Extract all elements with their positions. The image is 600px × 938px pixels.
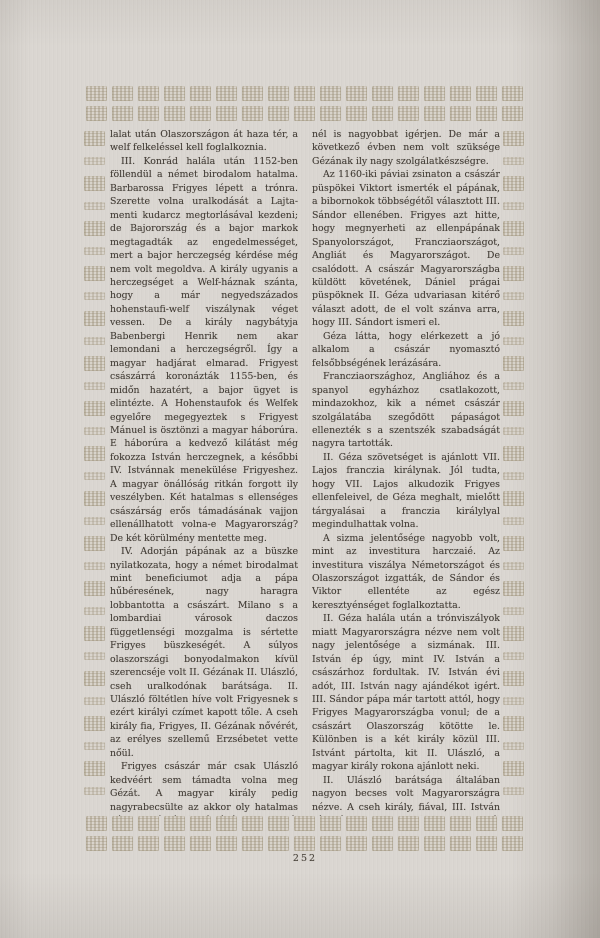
paragraph: II. Ulászló barátsága általában nagyon b… [312,774,500,816]
ornament-border-left [84,131,105,811]
printer-ornament-icon [84,761,105,776]
printer-ornament-icon [346,106,367,121]
printer-ornament-icon [112,816,133,831]
printer-ornament-icon [503,716,524,731]
printer-ornament-icon [242,816,263,831]
printer-ornament-icon [84,221,105,236]
printer-ornament-icon [503,626,524,641]
printer-ornament-icon [164,86,185,101]
printer-ornament-icon [346,816,367,831]
printer-ornament-icon [190,836,211,851]
paragraph: Géza látta, hogy elérkezett a jó alkalom… [312,330,500,370]
printer-ornament-icon [84,472,105,480]
printer-ornament-icon [84,491,105,506]
printer-ornament-icon [138,836,159,851]
printer-ornament-icon [503,652,524,660]
printer-ornament-icon [84,607,105,615]
printer-ornament-icon [450,836,471,851]
printer-ornament-icon [84,517,105,525]
printer-ornament-icon [503,742,524,750]
printer-ornament-icon [503,787,524,795]
printer-ornament-icon [190,86,211,101]
printer-ornament-icon [84,716,105,731]
text-column-left: lalat után Olaszországon át haza tér, a … [110,128,298,816]
printer-ornament-icon [216,86,237,101]
printer-ornament-icon [398,106,419,121]
page-number: 252 [86,853,524,864]
printer-ornament-icon [84,536,105,551]
printer-ornament-icon [372,86,393,101]
printer-ornament-icon [503,382,524,390]
printer-ornament-icon [84,176,105,191]
printer-ornament-icon [503,157,524,165]
printer-ornament-icon [84,311,105,326]
printer-ornament-icon [476,836,497,851]
printer-ornament-icon [112,836,133,851]
printer-ornament-icon [138,106,159,121]
printer-ornament-icon [502,86,523,101]
printer-ornament-icon [216,836,237,851]
printer-ornament-icon [503,562,524,570]
printer-ornament-icon [190,816,211,831]
printer-ornament-icon [503,697,524,705]
printer-ornament-icon [216,106,237,121]
printer-ornament-icon [84,202,105,210]
paragraph: Az 1160-iki páviai zsinaton a császár pü… [312,168,500,329]
printer-ornament-icon [503,337,524,345]
ornament-row [86,836,524,851]
text-column-right: nél is nagyobbat igérjen. De már a követ… [312,128,500,816]
paragraph: lalat után Olaszországon át haza tér, a … [110,128,298,155]
printer-ornament-icon [86,86,107,101]
printer-ornament-icon [268,836,289,851]
printer-ornament-icon [320,86,341,101]
paragraph: nél is nagyobbat igérjen. De már a követ… [312,128,500,168]
printer-ornament-icon [112,86,133,101]
printer-ornament-icon [190,106,211,121]
paragraph: III. Konrád halála után 1152-ben föllend… [110,155,298,545]
printer-ornament-icon [503,266,524,281]
printer-ornament-icon [476,816,497,831]
printer-ornament-icon [503,131,524,146]
paragraph: Francziaországhoz, Angliához és a spanyo… [312,370,500,451]
printer-ornament-icon [503,472,524,480]
printer-ornament-icon [503,176,524,191]
ornament-row [86,106,524,121]
printer-ornament-icon [503,401,524,416]
printer-ornament-icon [84,562,105,570]
printer-ornament-icon [346,86,367,101]
printer-ornament-icon [346,836,367,851]
printer-ornament-icon [320,106,341,121]
printer-ornament-icon [84,697,105,705]
printer-ornament-icon [84,626,105,641]
printer-ornament-icon [503,292,524,300]
printer-ornament-icon [138,816,159,831]
printer-ornament-icon [84,356,105,371]
paragraph: II. Géza szövetséget is ajánlott VII. La… [312,451,500,532]
printer-ornament-icon [503,607,524,615]
printer-ornament-icon [503,536,524,551]
printer-ornament-icon [84,427,105,435]
printer-ornament-icon [86,816,107,831]
printer-ornament-icon [84,131,105,146]
printer-ornament-icon [294,106,315,121]
printer-ornament-icon [372,836,393,851]
paragraph: IV. Adorján pápának az a büszke nyilatko… [110,545,298,760]
printer-ornament-icon [476,106,497,121]
printer-ornament-icon [503,581,524,596]
printer-ornament-icon [84,337,105,345]
printer-ornament-icon [320,816,341,831]
paragraph: II. Géza halála után a trónviszályok mia… [312,612,500,773]
printer-ornament-icon [502,836,523,851]
ornament-row [86,816,524,831]
printer-ornament-icon [502,106,523,121]
printer-ornament-icon [86,836,107,851]
printer-ornament-icon [216,816,237,831]
printer-ornament-icon [164,816,185,831]
printer-ornament-icon [424,836,445,851]
scanned-book-page: lalat után Olaszországon át haza tér, a … [0,0,600,938]
printer-ornament-icon [84,671,105,686]
printer-ornament-icon [450,816,471,831]
ornament-border-top [86,86,524,121]
printer-ornament-icon [502,816,523,831]
printer-ornament-icon [398,86,419,101]
printer-ornament-icon [164,836,185,851]
printer-ornament-icon [503,671,524,686]
printer-ornament-icon [164,106,185,121]
printer-ornament-icon [268,86,289,101]
printer-ornament-icon [503,311,524,326]
printer-ornament-icon [84,247,105,255]
printer-ornament-icon [84,382,105,390]
printer-ornament-icon [268,816,289,831]
printer-ornament-icon [503,202,524,210]
ornament-border-bottom [86,816,524,851]
printer-ornament-icon [476,86,497,101]
printer-ornament-icon [320,836,341,851]
printer-ornament-icon [112,106,133,121]
printer-ornament-icon [503,356,524,371]
printer-ornament-icon [450,106,471,121]
printer-ornament-icon [84,581,105,596]
printer-ornament-icon [450,86,471,101]
printer-ornament-icon [242,106,263,121]
printer-ornament-icon [84,446,105,461]
printer-ornament-icon [84,742,105,750]
printer-ornament-icon [372,816,393,831]
printer-ornament-icon [242,836,263,851]
printer-ornament-icon [294,816,315,831]
printer-ornament-icon [294,836,315,851]
printer-ornament-icon [503,761,524,776]
printer-ornament-icon [86,106,107,121]
paragraph: Frigyes császár már csak Ulászló kedvéér… [110,760,298,816]
ornament-border-right [503,131,524,811]
printer-ornament-icon [84,292,105,300]
printer-ornament-icon [84,157,105,165]
paragraph: A sizma jelentősége nagyobb volt, mint a… [312,532,500,613]
printer-ornament-icon [503,491,524,506]
printer-ornament-icon [84,652,105,660]
printer-ornament-icon [398,816,419,831]
printer-ornament-icon [84,401,105,416]
printer-ornament-icon [503,221,524,236]
printer-ornament-icon [268,106,289,121]
ornament-row [86,86,524,101]
printer-ornament-icon [424,86,445,101]
printer-ornament-icon [138,86,159,101]
printer-ornament-icon [503,427,524,435]
printer-ornament-icon [503,517,524,525]
printer-ornament-icon [84,787,105,795]
printer-ornament-icon [503,247,524,255]
printer-ornament-icon [84,266,105,281]
printer-ornament-icon [294,86,315,101]
printer-ornament-icon [424,816,445,831]
printer-ornament-icon [398,836,419,851]
printer-ornament-icon [503,446,524,461]
printer-ornament-icon [424,106,445,121]
printer-ornament-icon [242,86,263,101]
printer-ornament-icon [372,106,393,121]
